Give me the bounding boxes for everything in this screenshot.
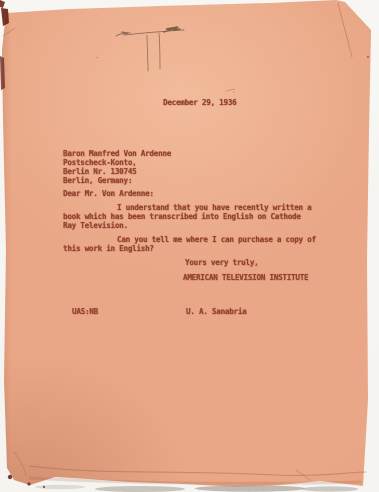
letter-date: December 29, 1936 — [163, 99, 236, 107]
closing: Yours very truly, — [185, 259, 258, 267]
recipient-name: Baron Manfred Von Ardenne — [63, 150, 171, 158]
scanned-letter-page: December 29, 1936 Baron Manfred Von Arde… — [0, 0, 379, 492]
body-line: Ray Television. — [63, 222, 128, 230]
signature-name: U. A. Sanabria — [186, 308, 247, 316]
organization-name: AMERICAN TELEVISION INSTITUTE — [183, 274, 308, 282]
recipient-line: Berlin, Germany: — [63, 177, 132, 185]
recipient-line: Berlin Nr. 130745 — [63, 168, 136, 176]
body-line: this work in English? — [63, 245, 154, 253]
reference-initials: UAS:NB — [72, 308, 98, 316]
body-line: Can you tell me where I can purchase a c… — [117, 236, 316, 244]
body-line: book which has been transcribed into Eng… — [63, 213, 301, 221]
bottom-edge-shadow — [35, 485, 358, 492]
paper-sheet — [0, 0, 379, 492]
body-line: I understand that you have recently writ… — [117, 204, 311, 212]
salutation: Dear Mr. Von Ardenne: — [63, 190, 154, 198]
recipient-line: Postscheck-Konto, — [63, 159, 136, 167]
